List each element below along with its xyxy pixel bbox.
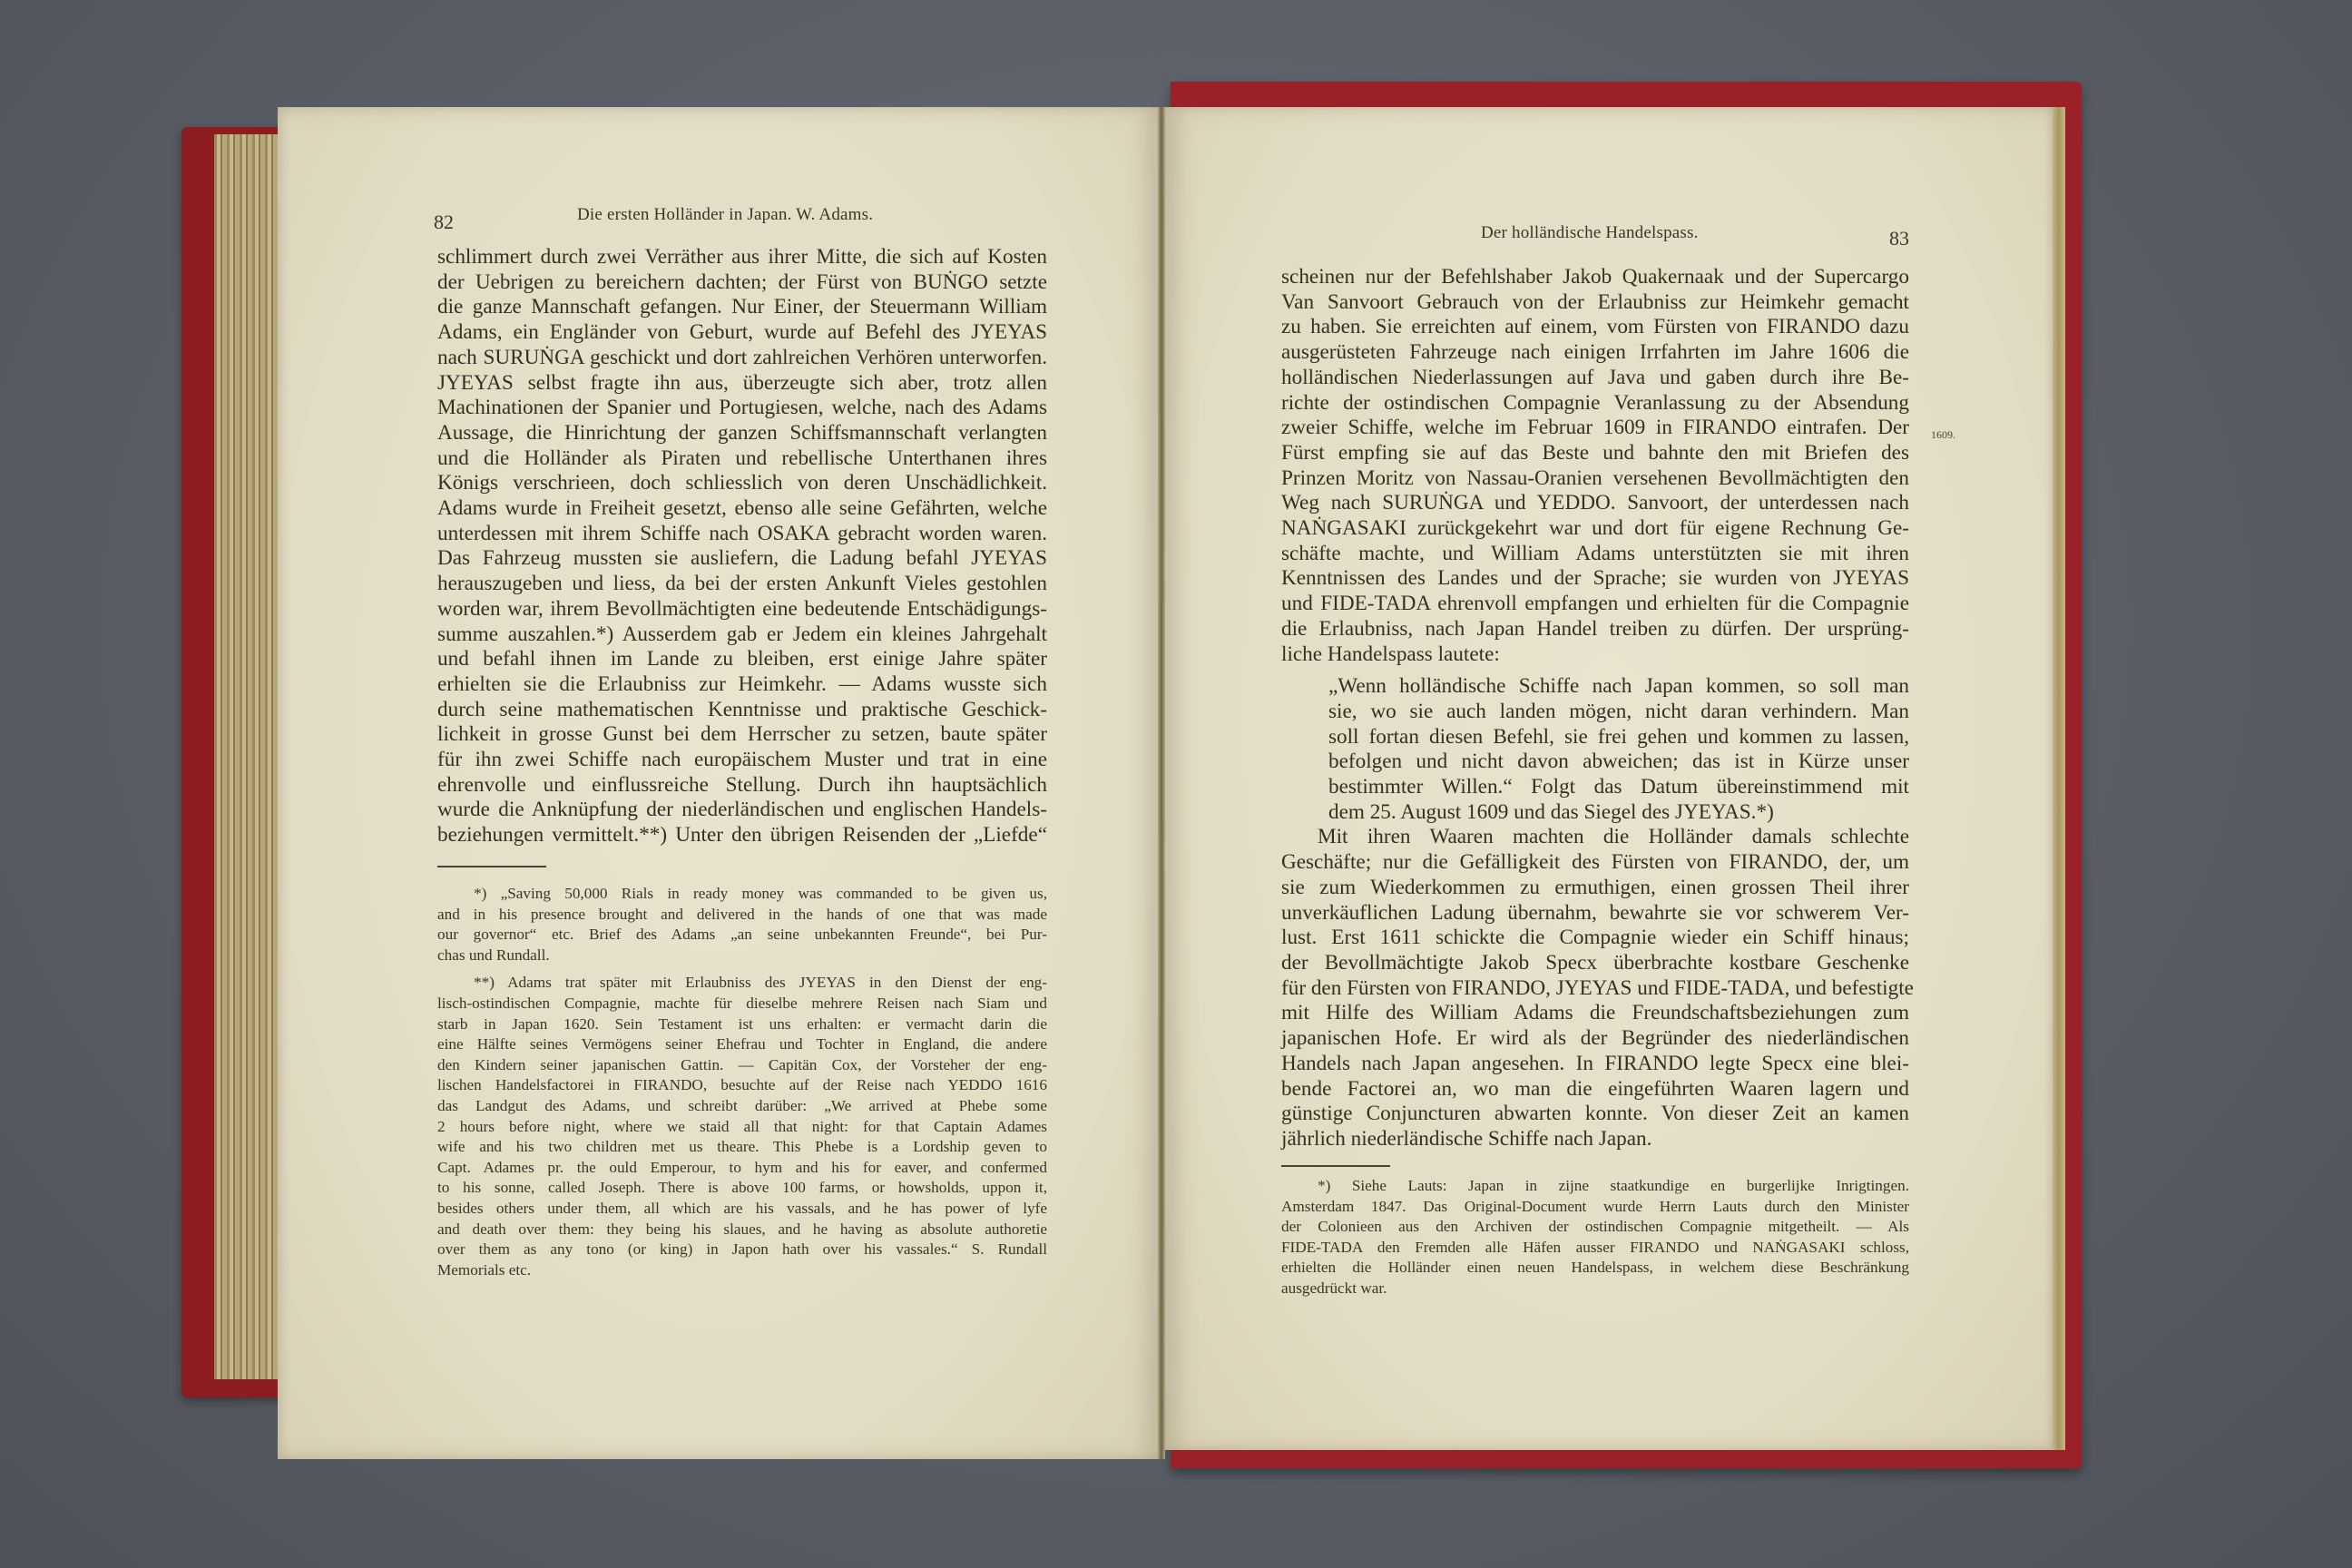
body-line: worden war, ihrem Bevollmächtigten eine … [437, 597, 1047, 622]
footnote-line: and death over them: they being his slau… [437, 1220, 1047, 1240]
footnote-line: *) Siehe Lauts: Japan in zijne staatkund… [1281, 1176, 1909, 1197]
body-line: Geschäfte; nur die Gefälligkeit des Fürs… [1281, 850, 1909, 876]
footnote: *) „Saving 50,000 Rials in ready money w… [437, 884, 1047, 965]
body-line: der Uebrigen zu bereichern dachten; der … [437, 270, 1047, 296]
quote-line: bestimmter Willen.“ Folgt das Datum über… [1281, 775, 1909, 800]
quote-line: „Wenn holländische Schiffe nach Japan ko… [1281, 674, 1909, 700]
body-line: Adams, ein Engländer von Geburt, wurde a… [437, 320, 1047, 346]
footnote-line: and in his presence brought and delivere… [437, 905, 1047, 926]
body-line: Kenntnissen des Landes und der Sprache; … [1281, 566, 1909, 592]
body-line: japanischen Hofe. Er wird als der Begrün… [1281, 1026, 1909, 1052]
page-number-right: 83 [1889, 227, 1909, 250]
quote-line: dem 25. August 1609 und das Siegel des J… [1281, 800, 1909, 826]
body-line: Mit ihren Waaren machten die Holländer d… [1281, 825, 1909, 850]
body-line: wurde die Anknüpfung der niederländische… [437, 798, 1047, 823]
body-line: für ihn zwei Schiffe nach europäischem M… [437, 748, 1047, 773]
body-line: Weg nach SURUṄGA und YEDDO. Sanvoort, de… [1281, 491, 1909, 516]
running-head-right: Der holländische Handelspass. [1481, 223, 1699, 243]
page-block-edge-right [2053, 107, 2065, 1450]
footnote-line: **) Adams trat später mit Erlaubniss des… [437, 973, 1047, 994]
body-line: ausgerüsteten Fahrzeuge nach einigen Irr… [1281, 340, 1909, 366]
right-footnotes: *) Siehe Lauts: Japan in zijne staatkund… [1281, 1176, 1909, 1299]
footnote-line: Memorials etc. [437, 1260, 1047, 1281]
footnote-line: wife and his two children met us theare.… [437, 1137, 1047, 1158]
body-line: und befahl ihnen im Lande zu bleiben, er… [437, 647, 1047, 672]
body-line: jährlich niederländische Schiffe nach Ja… [1281, 1127, 1909, 1152]
footnote-line: over them as any tono (or king) in Japon… [437, 1240, 1047, 1260]
body-line: unverkäuflichen Ladung übernahm, bewahrt… [1281, 901, 1909, 926]
running-head-left: Die ersten Holländer in Japan. W. Adams. [577, 205, 873, 225]
body-line: die ganze Mannschaft gefangen. Nur Einer… [437, 295, 1047, 320]
body-line: mit Hilfe des William Adams die Freundsc… [1281, 1001, 1909, 1026]
body-line: richte der ostindischen Compagnie Veranl… [1281, 391, 1909, 416]
left-body-text: schlimmert durch zwei Verräther aus ihre… [437, 245, 1047, 848]
quote-line: soll fortan diesen Befehl, sie frei gehe… [1281, 725, 1909, 750]
body-line: lichkeit in grosse Gunst bei dem Herrsch… [437, 722, 1047, 748]
footnote: **) Adams trat später mit Erlaubniss des… [437, 973, 1047, 1280]
body-line: Aussage, die Hinrichtung der ganzen Schi… [437, 421, 1047, 446]
body-line: JYEYAS selbst fragte ihn aus, überzeugte… [437, 371, 1047, 397]
body-line: Das Fahrzeug mussten sie ausliefern, die… [437, 546, 1047, 572]
footnote-line: das Landgut des Adams, und schreibt darü… [437, 1096, 1047, 1117]
footnote-line: to his sonne, called Joseph. There is ab… [437, 1178, 1047, 1199]
body-line: scheinen nur der Befehlshaber Jakob Quak… [1281, 265, 1909, 290]
left-footnotes: *) „Saving 50,000 Rials in ready money w… [437, 884, 1047, 1288]
footnote-line: 2 hours before night, where we staid all… [437, 1117, 1047, 1138]
footnote-rule-left [437, 866, 546, 867]
footnote-line: starb in Japan 1620. Sein Testament ist … [437, 1014, 1047, 1035]
body-line: günstige Conjuncturen abwarten konnte. V… [1281, 1102, 1909, 1127]
body-line: die Erlaubniss, nach Japan Handel treibe… [1281, 617, 1909, 642]
body-line: Fürst empfing sie auf das Beste und bahn… [1281, 441, 1909, 466]
body-line: NAṄGASAKI zurückgekehrt war und dort für… [1281, 516, 1909, 542]
body-line: ehrenvolle und einflussreiche Stellung. … [437, 773, 1047, 799]
body-line: schäfte machte, und William Adams unters… [1281, 542, 1909, 567]
page-number-left: 82 [434, 211, 454, 234]
body-line: unterdessen mit ihrem Schiffe nach OSAKA… [437, 522, 1047, 547]
body-line: und die Holländer als Piraten und rebell… [437, 446, 1047, 472]
body-line: schlimmert durch zwei Verräther aus ihre… [437, 245, 1047, 270]
body-line: beziehungen vermittelt.**) Unter den übr… [437, 823, 1047, 848]
body-line: herauszugeben und liess, da bei der erst… [437, 572, 1047, 597]
body-line: Van Sanvoort Gebrauch von der Erlaubniss… [1281, 290, 1909, 316]
body-line: lust. Erst 1611 schickte die Compagnie w… [1281, 926, 1909, 951]
body-line: der Bevollmächtigte Jakob Specx überbrac… [1281, 951, 1909, 976]
body-line: sie zum Wiederkommen zu ermuthigen, eine… [1281, 876, 1909, 901]
footnote-line: besides others under them, all which are… [437, 1199, 1047, 1220]
footnote-line: lischen Handelsfactorei in FIRANDO, besu… [437, 1075, 1047, 1096]
footnote-rule-right [1281, 1165, 1390, 1167]
quote-line: sie, wo sie auch landen mögen, nicht dar… [1281, 700, 1909, 725]
body-line: erhielten sie die Erlaubniss zur Heimkeh… [437, 672, 1047, 698]
body-line: Königs verschrieen, doch schliesslich vo… [437, 471, 1047, 496]
body-line: nach SURUṄGA geschickt und dort zahlreic… [437, 346, 1047, 371]
footnote-line: der Colonieen aus den Archiven der ostin… [1281, 1217, 1909, 1238]
footnote: *) Siehe Lauts: Japan in zijne staatkund… [1281, 1176, 1909, 1299]
quoted-trade-pass: „Wenn holländische Schiffe nach Japan ko… [1281, 674, 1909, 825]
footnote-line: erhielten die Holländer einen neuen Hand… [1281, 1258, 1909, 1279]
body-line: zweier Schiffe, welche im Februar 1609 i… [1281, 416, 1909, 441]
footnote-line: lisch-ostindischen Compagnie, machte für… [437, 994, 1047, 1014]
footnote-line: Capt. Adames pr. the ould Emperour, to h… [437, 1158, 1047, 1179]
footnote-line: *) „Saving 50,000 Rials in ready money w… [437, 884, 1047, 905]
footnote-line: eine Hälfte seines Vermögens seiner Ehef… [437, 1034, 1047, 1055]
body-line: summe auszahlen.*) Ausserdem gab er Jede… [437, 622, 1047, 648]
body-line: Handels nach Japan angesehen. In FIRANDO… [1281, 1052, 1909, 1077]
margin-note-year: 1609. [1931, 428, 1955, 442]
body-line: liche Handelspass lautete: [1281, 642, 1909, 668]
footnote-line: ausgedrückt war. [1281, 1279, 1909, 1299]
quote-line: befolgen und nicht davon abweichen; das … [1281, 750, 1909, 775]
body-line: durch seine mathematischen Kenntnisse un… [437, 698, 1047, 723]
body-line: bende Factorei an, wo man die eingeführt… [1281, 1077, 1909, 1102]
body-line: für den Fürsten von FIRANDO, JYEYAS und … [1281, 976, 1909, 1002]
footnote-line: chas und Rundall. [437, 946, 1047, 966]
footnote-line: Amsterdam 1847. Das Original-Document wu… [1281, 1197, 1909, 1218]
body-line: holländischen Niederlassungen auf Java u… [1281, 366, 1909, 391]
right-body-text: scheinen nur der Befehlshaber Jakob Quak… [1281, 265, 1909, 1152]
body-line: Adams wurde in Freiheit gesetzt, ebenso … [437, 496, 1047, 522]
footnote-line: FIDE-TADA den Fremden alle Häfen ausser … [1281, 1238, 1909, 1259]
body-line: und FIDE-TADA ehrenvoll empfangen und er… [1281, 592, 1909, 617]
footnote-line: den Kindern seiner japanischen Gattin. —… [437, 1055, 1047, 1076]
body-paragraph: Mit ihren Waaren machten die Holländer d… [1281, 825, 1909, 1151]
footnote-line: our governor“ etc. Brief des Adams „an s… [437, 925, 1047, 946]
book-gutter [1158, 107, 1165, 1459]
body-line: zu haben. Sie erreichten auf einem, vom … [1281, 315, 1909, 340]
body-line: Machinationen der Spanier und Portugiese… [437, 396, 1047, 421]
body-line: Prinzen Moritz von Nassau-Oranien verseh… [1281, 466, 1909, 492]
